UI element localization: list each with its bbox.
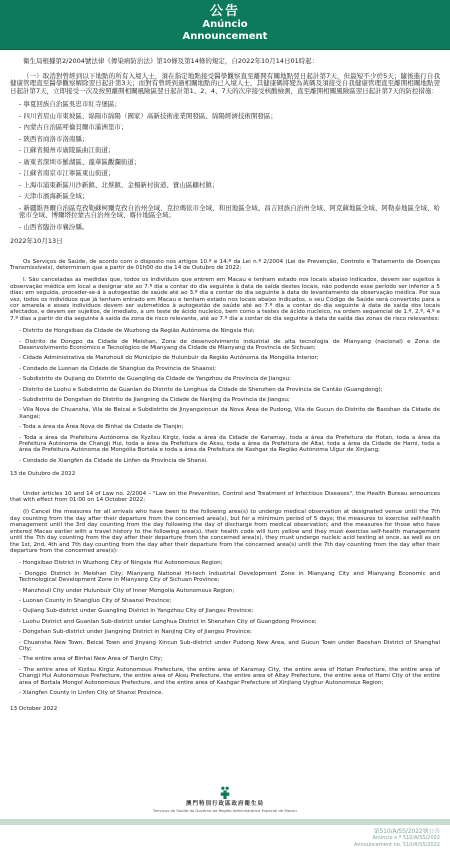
section-english: Under articles 10 and 14 of Law no. 2/20… <box>10 491 440 713</box>
zh-date: 2022年10月13日 <box>10 238 440 246</box>
pt-area-item: Distrito de Luohu e Subdistrito de Guanl… <box>19 387 440 393</box>
en-date: 13 October 2022 <box>10 706 440 712</box>
health-bureau-logo-icon <box>218 786 232 799</box>
pt-area-item: Toda a área da Prefeitura Autónoma de Ky… <box>19 435 440 454</box>
pt-area-item: Distrito de Dongpo da Cidade de Meishan,… <box>19 339 440 352</box>
en-area-list: Hongsibao District in Wuzhong City of Ni… <box>10 560 440 696</box>
announcement-number-en: Announcement no. 510/A/SS/2022 <box>0 842 440 849</box>
issuing-authority: 澳門特別行政區政府衛生局 Serviços de Saúde do Govern… <box>0 786 450 813</box>
en-area-item: Dongshan Sub-district under Jiangning Di… <box>19 629 440 635</box>
zh-area-item: 廣東省深圳市羅湖區、龍華區觀瀾街道； <box>19 159 440 167</box>
zh-area-item: 寧夏回族自治區吳忠市紅寺堡區； <box>19 101 440 109</box>
pt-area-item: Condado de Luonan da Cidade de Shangluo … <box>19 366 440 372</box>
announcement-page: 公告 Anúncio Announcement 衛生局根據第2/2004號法律《… <box>0 0 450 852</box>
en-area-item: Manzhouli City under Hulunbuir City of I… <box>19 588 440 594</box>
pt-area-item: Vila Nova de Chuansha, Vila de Beicai e … <box>19 407 440 420</box>
en-area-item: Luohu District and Guanlan Sub-district … <box>19 619 440 625</box>
pt-area-item: Toda a área da Área Nova de Binhai da Ci… <box>19 424 440 430</box>
footer: 澳門特別行政區政府衛生局 Serviços de Saúde do Govern… <box>0 786 450 852</box>
banner-title-pt: Anúncio <box>0 19 450 31</box>
zh-area-item: 江蘇省南京市江寧區東山街道； <box>19 170 440 178</box>
announcement-banner: 公告 Anúncio Announcement <box>0 0 450 50</box>
zh-area-item: 新疆維吾爾自治區克孜勒蘇柯爾克孜自治州全域、克拉瑪依市全域、和田地區全域、昌吉回… <box>19 205 440 220</box>
org-name-pt: Serviços de Saúde do Governo da Região A… <box>0 808 450 813</box>
org-name-zh: 澳門特別行政區政府衛生局 <box>0 801 450 808</box>
en-area-item: Luonan County in Shangluo City of Shaanx… <box>19 598 440 604</box>
section-chinese: 衛生局根據第2/2004號法律《傳染病防治法》第10條及第14條的規定，自202… <box>10 58 440 246</box>
banner-title-zh: 公告 <box>0 4 450 19</box>
pt-intro-paragraph: Os Serviços de Saúde, de acordo com o di… <box>10 259 440 272</box>
section-portuguese: Os Serviços de Saúde, de acordo com o di… <box>10 259 440 478</box>
zh-area-item: 天津市濱海新區全域； <box>19 193 440 201</box>
pt-area-list: Distrito de Hongsibao da Cidade de Wuzho… <box>10 328 440 464</box>
zh-area-item: 內蒙古自治區呼倫貝爾市滿洲里市； <box>19 124 440 132</box>
pt-date: 13 de Outubro de 2022 <box>10 471 440 477</box>
zh-area-item: 四川省眉山市東坡區、綿陽市綿陽（國家）高新技術產業開發區、綿陽經濟技術開發區； <box>19 113 440 121</box>
zh-area-item: 江蘇省揚州市廣陵區曲江街道； <box>19 147 440 155</box>
en-measures-paragraph: (I) Cancel the measures for all arrivals… <box>10 509 440 554</box>
banner-title-en: Announcement <box>0 31 450 43</box>
en-area-item: Xiangfen County in Linfen City of Shanxi… <box>19 690 440 696</box>
pt-area-item: Subdistrito de Dongshan do Distrito de J… <box>19 397 440 403</box>
pt-area-item: Condado de Xiangfen da Cidade de Linfen … <box>19 458 440 464</box>
pt-area-item: Cidade Administrativa de Manzhouli do Mu… <box>19 355 440 361</box>
zh-measures-paragraph: （一）取消對曾經到以下地點的所有入境人士，須在指定地點接受醫學觀察直至離開有關地… <box>10 73 440 96</box>
pt-area-item: Subdistrito de Qujiang do Distrito de Gu… <box>19 376 440 382</box>
zh-area-list: 寧夏回族自治區吳忠市紅寺堡區； 四川省眉山市東坡區、綿陽市綿陽（國家）高新技術產… <box>10 101 440 231</box>
en-area-item: Qujiang Sub-district under Guangling Dis… <box>19 608 440 614</box>
zh-intro-paragraph: 衛生局根據第2/2004號法律《傳染病防治法》第10條及第14條的規定，自202… <box>10 58 440 66</box>
en-intro-paragraph: Under articles 10 and 14 of Law no. 2/20… <box>10 491 440 504</box>
en-area-item: Chuansha New Town, Beicai Town and Jinya… <box>19 640 440 653</box>
en-area-item: Hongsibao District in Wuzhong City of Ni… <box>19 560 440 566</box>
en-area-item: The entire area of Kizilsu Kirgiz Autono… <box>19 667 440 686</box>
announcement-body: 衛生局根據第2/2004號法律《傳染病防治法》第10條及第14條的規定，自202… <box>0 50 450 713</box>
zh-area-item: 陝西省商洛市洛南縣； <box>19 136 440 144</box>
pt-measures-paragraph: I. São canceladas as medidas que, todos … <box>10 277 440 322</box>
en-area-item: Dongpo District in Meishan City; Mianyan… <box>19 571 440 584</box>
announcement-number-block: 第510/A/SS/2022號公告 Anúncio n.º 510/A/SS/2… <box>0 825 450 852</box>
en-area-item: The entire area of Binhai New Area of Ti… <box>19 656 440 662</box>
pt-area-item: Distrito de Hongsibao da Cidade de Wuzho… <box>19 328 440 334</box>
zh-area-item: 上海市浦東新區川沙新鎮、北蔡鎮、金楊新村街道、寶山區顧村鎮； <box>19 182 440 190</box>
zh-area-item: 山西省臨汾市襄汾縣。 <box>19 224 440 232</box>
